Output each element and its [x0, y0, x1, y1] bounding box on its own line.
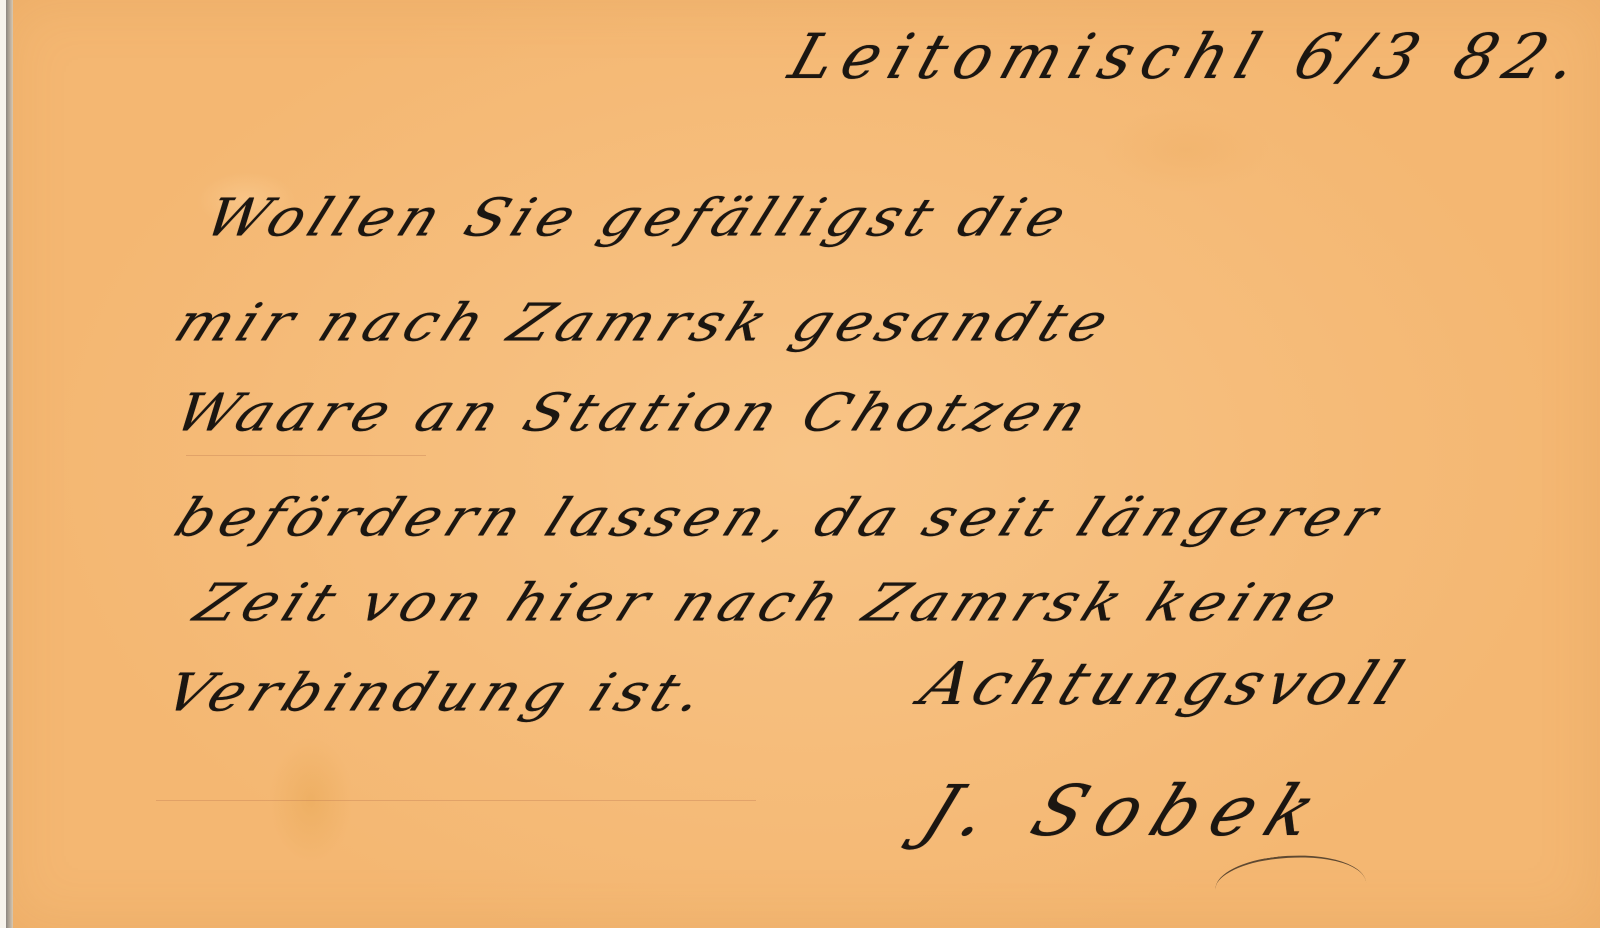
body-line-3: Waare an Station Chotzen: [166, 382, 1102, 443]
scan-edge: [6, 0, 13, 928]
body-line-1: Wollen Sie gefälligst die: [196, 187, 1081, 248]
faint-printed-rule: [156, 800, 756, 801]
body-line-2: mir nach Zamrsk gesandte: [166, 292, 1124, 353]
heading-place-date: Leitomischl 6/3 82.: [781, 20, 1597, 93]
body-line-4: befördern lassen, da seit längerer: [166, 487, 1393, 548]
body-line-6: Verbindung ist.: [156, 662, 720, 723]
faint-printed-rule: [186, 455, 426, 456]
body-line-5: Zeit von hier nach Zamrsk keine: [186, 572, 1352, 633]
closing-salutation: Achtungsvoll: [911, 649, 1419, 718]
heading-date: 6/3 82.: [1286, 20, 1598, 93]
signature-flourish: [1212, 845, 1369, 927]
postcard: Leitomischl 6/3 82. Wollen Sie gefälligs…: [6, 0, 1600, 928]
signature: J. Sobek: [911, 770, 1342, 852]
heading-place: Leitomischl: [781, 20, 1280, 93]
